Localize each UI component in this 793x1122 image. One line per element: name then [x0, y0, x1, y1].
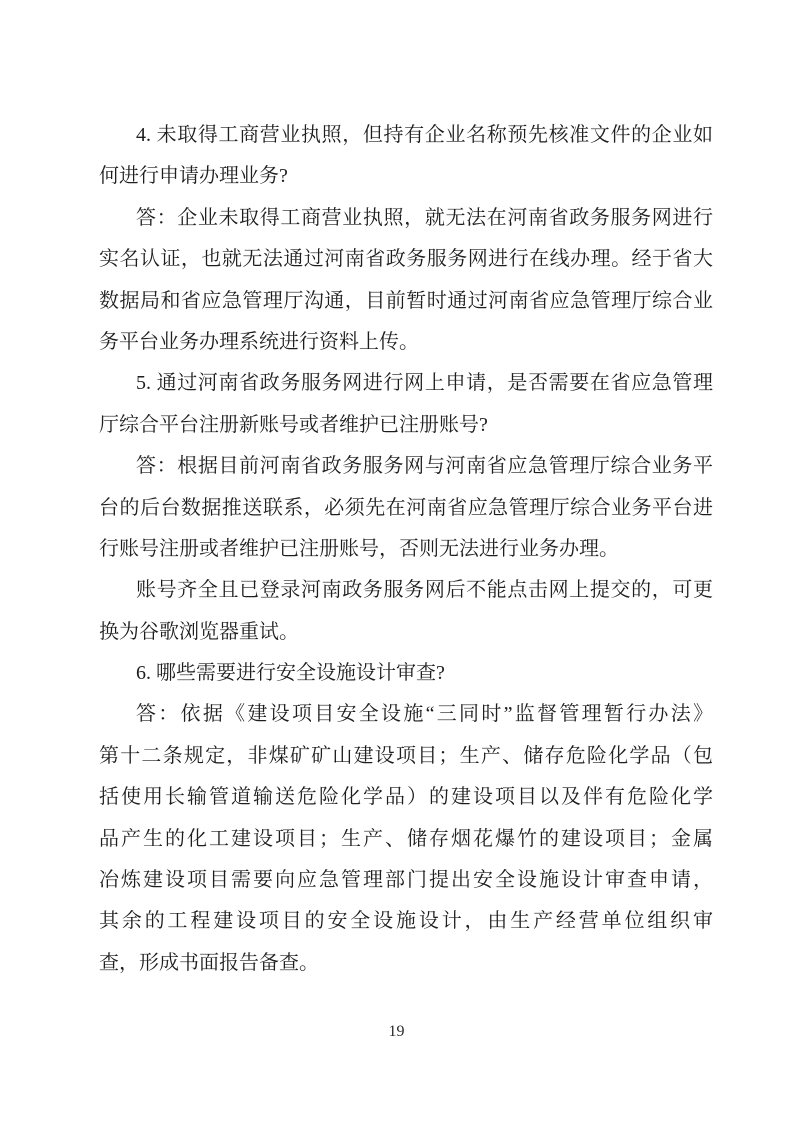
paragraph-4-line-3: 行账号注册或者维护已注册账号，否则无法进行业务办理。 [99, 529, 713, 570]
paragraph-7-line-1: 答：依据《建设项目安全设施“三同时”监督管理暂行办法》 [99, 694, 713, 735]
paragraph-7-line-4: 品产生的化工建设项目；生产、储存烟花爆竹的建设项目；金属 [99, 819, 713, 860]
paragraph-2-line-2: 实名认证，也就无法通过河南省政务服务网进行在线办理。经于省大 [99, 239, 713, 280]
paragraph-2-line-1: 答：企业未取得工商营业执照，就无法在河南省政务服务网进行 [99, 198, 713, 239]
paragraph-1-line-1: 4. 未取得工商营业执照，但持有企业名称预先核准文件的企业如 [99, 115, 713, 156]
paragraph-4-line-1: 答：根据目前河南省政务服务网与河南省应急管理厅综合业务平 [99, 446, 713, 487]
paragraph-7-line-3: 括使用长输管道输送危险化学品）的建设项目以及伴有危险化学 [99, 777, 713, 818]
paragraph-7-line-7: 查，形成书面报告备查。 [99, 943, 713, 984]
paragraph-6-line-1: 6. 哪些需要进行安全设施设计审查? [99, 653, 713, 694]
paragraph-4-line-2: 台的后台数据推送联系，必须先在河南省应急管理厅综合业务平台进 [99, 488, 713, 529]
paragraph-3-line-1: 5. 通过河南省政务服务网进行网上申请，是否需要在省应急管理 [99, 363, 713, 404]
paragraph-2-line-4: 务平台业务办理系统进行资料上传。 [99, 322, 713, 363]
page-number: 19 [0, 1022, 793, 1042]
paragraph-7-line-5: 冶炼建设项目需要向应急管理部门提出安全设施设计审查申请， [99, 860, 713, 901]
paragraph-5-line-1: 账号齐全且已登录河南政务服务网后不能点击网上提交的，可更 [99, 570, 713, 611]
paragraph-1-line-2: 何进行申请办理业务? [99, 156, 713, 197]
paragraph-7-line-6: 其余的工程建设项目的安全设施设计，由生产经营单位组织审 [99, 901, 713, 942]
document-body: 4. 未取得工商营业执照，但持有企业名称预先核准文件的企业如何进行申请办理业务?… [99, 115, 713, 984]
paragraph-3-line-2: 厅综合平台注册新账号或者维护已注册账号? [99, 405, 713, 446]
paragraph-2-line-3: 数据局和省应急管理厅沟通，目前暂时通过河南省应急管理厅综合业 [99, 281, 713, 322]
paragraph-7-line-2: 第十二条规定，非煤矿矿山建设项目；生产、储存危险化学品（包 [99, 736, 713, 777]
paragraph-5-line-2: 换为谷歌浏览器重试。 [99, 612, 713, 653]
document-page: 4. 未取得工商营业执照，但持有企业名称预先核准文件的企业如何进行申请办理业务?… [0, 0, 793, 1122]
